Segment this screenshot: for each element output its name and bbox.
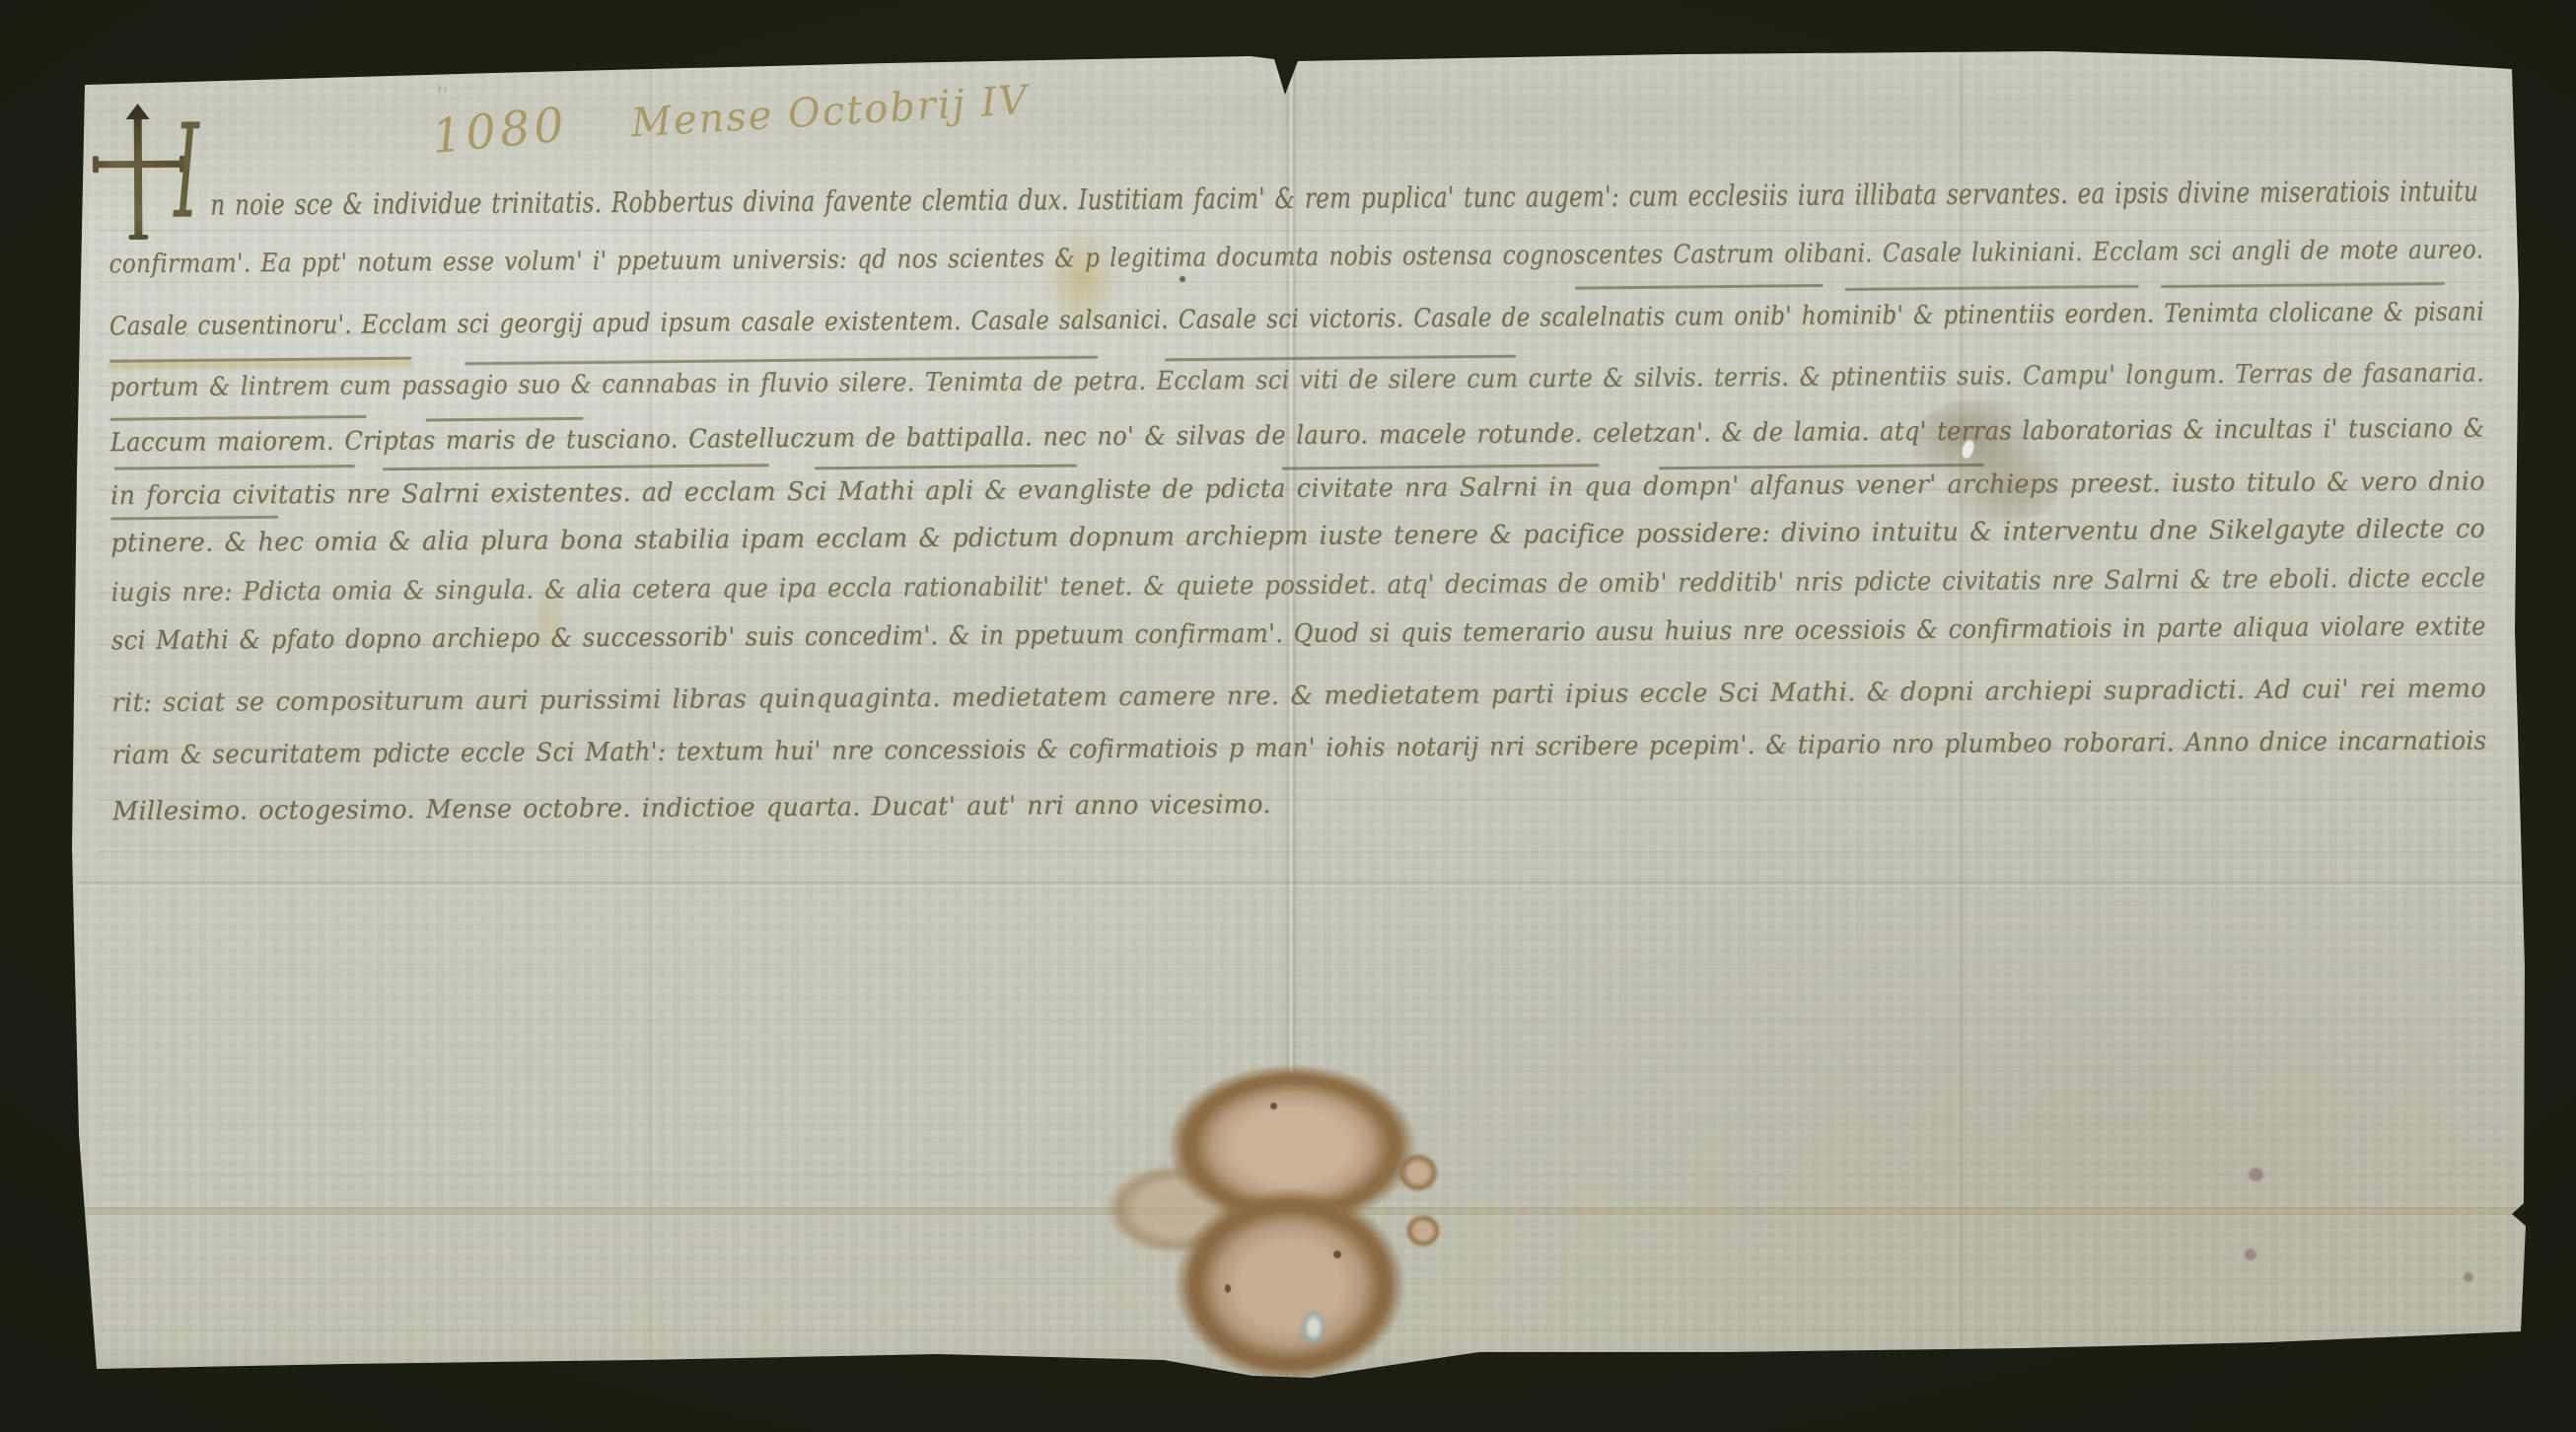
- charter-text-line-8: iugis nre: Pdicta omia & singula. & alia…: [111, 562, 2576, 608]
- charter-text-line-11: riam & securitatem pdicte eccle Sci Math…: [112, 725, 2576, 770]
- later-hand-underline: [2161, 282, 2445, 288]
- charter-text-line-6: in forcia civitatis nre Salrni existente…: [110, 466, 2544, 511]
- parchment-sheet: I '' 1080 Mense Octobrij IV n noie sce &…: [0, 0, 2576, 1432]
- later-hand-underline: [383, 464, 769, 470]
- charter-text-line-7: ptinere. & hec omia & alia plura bona st…: [110, 514, 2542, 558]
- charter-text-line-9: sci Mathi & pfato dopno archiepo & succe…: [111, 610, 2576, 656]
- charter-text-line-12: Millesimo. octogesimo. Mense octobre. in…: [112, 790, 1299, 826]
- later-hand-underline: [465, 356, 1098, 366]
- manuscript-ink-layer: I '' 1080 Mense Octobrij IV n noie sce &…: [0, 0, 2576, 1432]
- later-hand-underline: [110, 516, 278, 521]
- cross-icon: [93, 106, 186, 243]
- cross-horizontal-stroke: [95, 161, 183, 169]
- archival-date-annotation: Mense Octobrij IV: [630, 78, 1031, 147]
- charter-text-line-3: Casale cusentinoru'. Ecclam sci georgij …: [109, 295, 2576, 341]
- charter-text-line-2: confirmam'. Ea ppt' notum esse volum' i'…: [108, 234, 2576, 280]
- archival-year-annotation: 1080: [429, 97, 570, 165]
- later-hand-underline: [114, 465, 355, 470]
- later-hand-underline: [110, 415, 367, 421]
- later-hand-underline: [1575, 284, 1824, 290]
- charter-text-line-10: rit: sciat se compositurum auri purissim…: [111, 674, 2524, 718]
- charter-text-line-1: n noie sce & individue trinitatis. Robbe…: [210, 171, 2576, 222]
- later-hand-underline: [1659, 464, 1984, 469]
- initial-letter: I: [174, 107, 200, 238]
- later-hand-underline: [1845, 285, 2139, 291]
- later-hand-underline: [1165, 355, 1516, 362]
- archival-tick-marks: '': [434, 83, 449, 108]
- cross-vertical-stroke: [134, 111, 143, 238]
- photograph-of-medieval-charter: I '' 1080 Mense Octobrij IV n noie sce &…: [0, 0, 2576, 1432]
- later-hand-underline: [426, 417, 584, 422]
- later-hand-underline: [1282, 464, 1600, 469]
- later-hand-underline: [815, 465, 1077, 470]
